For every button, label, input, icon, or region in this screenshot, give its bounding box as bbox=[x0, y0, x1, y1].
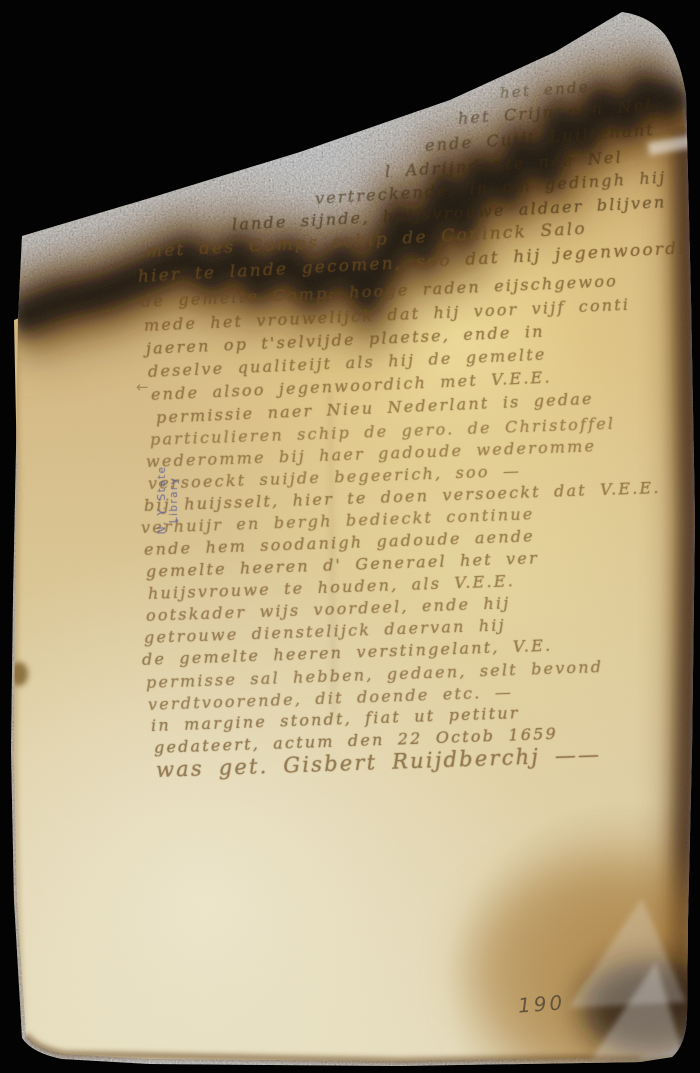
page-number: 190 bbox=[517, 990, 566, 1017]
manuscript-line-1: het ende bbox=[499, 78, 590, 102]
library-stamp: N. Y. State Library bbox=[156, 444, 172, 556]
photograph-background: het endehet Crijn aen Nelende Cuijt Luij… bbox=[0, 0, 700, 1073]
margin-arrow-mark: ← bbox=[136, 378, 149, 396]
manuscript-text-block: het endehet Crijn aen Nelende Cuijt Luij… bbox=[0, 0, 700, 1073]
